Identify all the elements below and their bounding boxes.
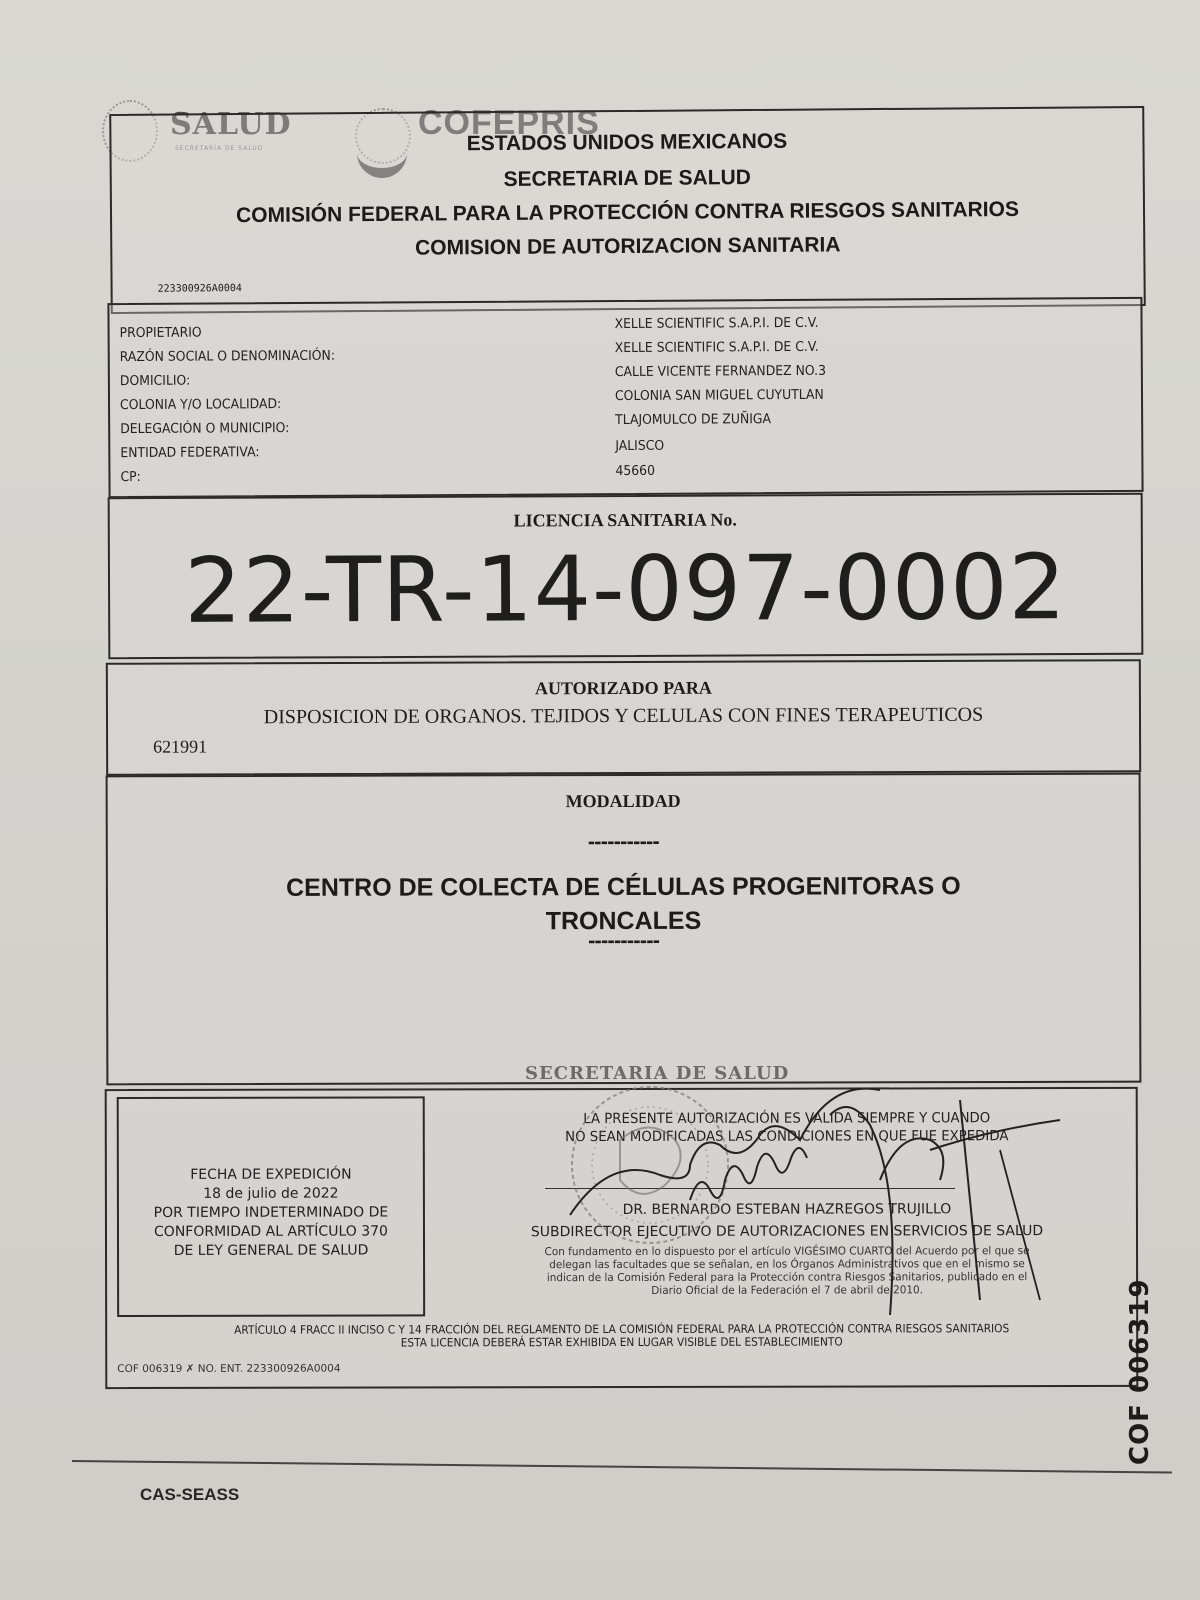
signatory-title: SUBDIRECTOR EJECUTIVO DE AUTORIZACIONES … — [457, 1223, 1117, 1240]
address-label: DOMICILIO: — [120, 373, 190, 389]
footer-rule — [72, 1460, 1172, 1474]
company-name-label: RAZÓN SOCIAL O DENOMINACIÓN: — [120, 348, 335, 365]
modality-value: CENTRO DE COLECTA DE CÉLULAS PROGENITORA… — [108, 869, 1139, 940]
issue-term-1: POR TIEMPO INDETERMINADO DE — [119, 1203, 423, 1223]
modality-separator-bottom: ----------- — [108, 930, 1139, 954]
header-box: ESTADOS UNIDOS MEXICANOS SECRETARIA DE S… — [109, 106, 1146, 314]
authorized-label: AUTORIZADO PARA — [108, 676, 1139, 701]
activity-code: 621991 — [153, 736, 207, 757]
issue-info: FECHA DE EXPEDICIÓN 18 de julio de 2022 … — [119, 1165, 423, 1261]
page-footer-code: CAS-SEASS — [140, 1485, 239, 1505]
license-box: LICENCIA SANITARIA No. 22-TR-14-097-0002 — [108, 493, 1144, 660]
modality-separator-top: ----------- — [108, 831, 1139, 855]
signature-box: FECHA DE EXPEDICIÓN 18 de julio de 2022 … — [105, 1087, 1139, 1389]
owner-label: PROPIETARIO — [120, 325, 202, 342]
issue-term-3: DE LEY GENERAL DE SALUD — [119, 1241, 423, 1261]
display-notice: ESTA LICENCIA DEBERÁ ESTAR EXHIBIDA EN L… — [148, 1334, 1095, 1350]
signature-line — [545, 1188, 955, 1189]
neighborhood-label: COLONIA Y/O LOCALIDAD: — [120, 396, 281, 413]
ministry-stamp: SECRETARIA DE SALUD — [525, 1063, 789, 1084]
issue-term-2: CONFORMIDAD AL ARTÍCULO 370 — [119, 1222, 423, 1242]
signatory-name: DR. BERNARDO ESTEBAN HAZREGOS TRUJILLO — [457, 1201, 1117, 1218]
company-name-value: XELLE SCIENTIFIC S.A.P.I. DE C.V. — [615, 339, 819, 356]
header-commission: COMISIÓN FEDERAL PARA LA PROTECCIÓN CONT… — [112, 197, 1143, 229]
postal-code-label: CP: — [120, 469, 140, 485]
validity-line-2: NO SEAN MODIFICADAS LAS CONDICIONES EN Q… — [473, 1127, 1100, 1146]
address-value: CALLE VICENTE FERNANDEZ NO.3 — [615, 363, 826, 380]
state-value: JALISCO — [615, 438, 664, 454]
header-ministry: SECRETARIA DE SALUD — [112, 163, 1143, 195]
authorized-activity: DISPOSICION DE ORGANOS. TEJIDOS Y CELULA… — [108, 703, 1139, 730]
validity-line-1: LA PRESENTE AUTORIZACIÓN ES VALIDA SIEMP… — [473, 1109, 1100, 1128]
reference-code: COF 006319 ✗ NO. ENT. 223300926A0004 — [117, 1363, 340, 1375]
license-number: 22-TR-14-097-0002 — [110, 535, 1141, 644]
state-label: ENTIDAD FEDERATIVA: — [120, 444, 259, 461]
postal-code-value: 45660 — [615, 463, 655, 479]
authorized-box: AUTORIZADO PARA DISPOSICION DE ORGANOS. … — [106, 659, 1141, 776]
license-document: SALUD SECRETARÍA DE SALUD COFEPRIS ESTAD… — [0, 0, 1200, 1600]
issue-date-label: FECHA DE EXPEDICIÓN — [119, 1165, 423, 1185]
issue-date-box: FECHA DE EXPEDICIÓN 18 de julio de 2022 … — [117, 1096, 425, 1317]
owner-value: XELLE SCIENTIFIC S.A.P.I. DE C.V. — [615, 315, 819, 332]
municipality-label: DELEGACIÓN O MUNICIPIO: — [120, 420, 289, 437]
neighborhood-value: COLONIA SAN MIGUEL CUYUTLAN — [615, 387, 824, 404]
modality-box: MODALIDAD ----------- CENTRO DE COLECTA … — [106, 773, 1142, 1086]
header-country: ESTADOS UNIDOS MEXICANOS — [111, 127, 1142, 159]
side-control-number: COF 006319 — [1125, 1278, 1155, 1465]
modality-label: MODALIDAD — [108, 790, 1139, 814]
municipality-value: TLAJOMULCO DE ZUÑIGA — [615, 411, 771, 428]
header-code: 223300926A0004 — [158, 283, 242, 295]
modality-line-1: CENTRO DE COLECTA DE CÉLULAS PROGENITORA… — [108, 869, 1139, 906]
header-authorization: COMISION DE AUTORIZACION SANITARIA — [112, 231, 1143, 263]
issue-date: 18 de julio de 2022 — [119, 1184, 423, 1204]
legal-basis-4: Diario Oficial de la Federación el 7 de … — [459, 1283, 1115, 1297]
license-label: LICENCIA SANITARIA No. — [110, 508, 1141, 533]
owner-box: PROPIETARIO XELLE SCIENTIFIC S.A.P.I. DE… — [107, 297, 1143, 498]
